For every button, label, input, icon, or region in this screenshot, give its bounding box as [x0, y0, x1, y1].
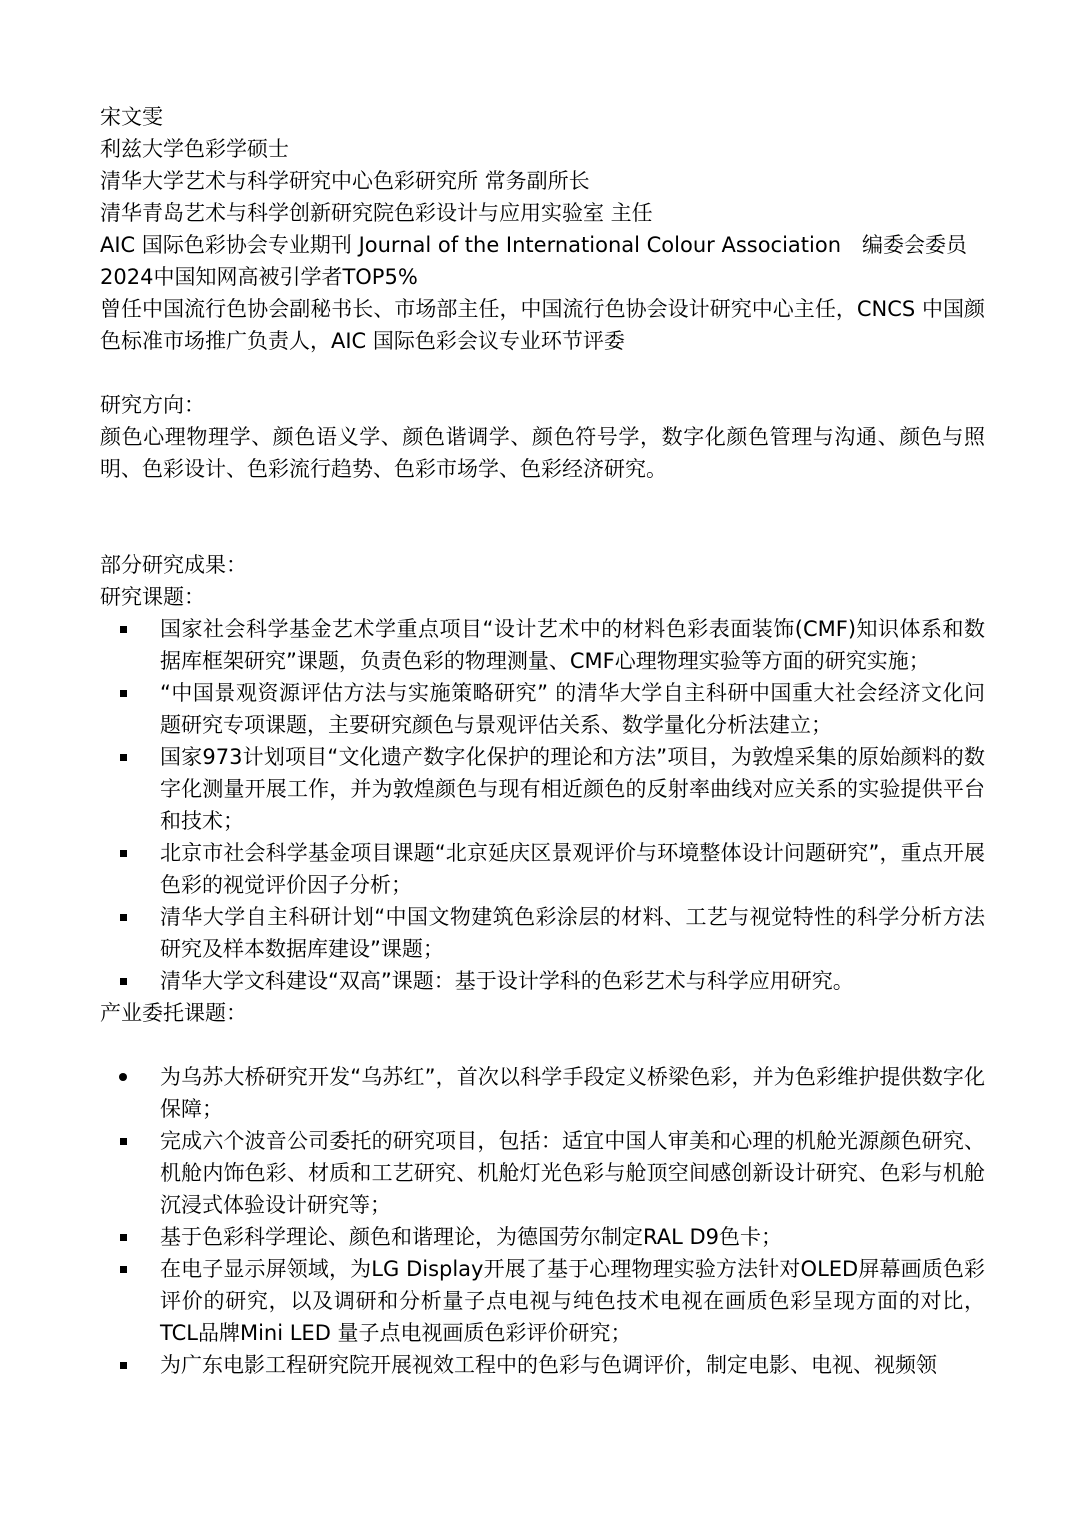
degree-line: 利兹大学色彩学硕士	[100, 133, 985, 165]
title-line-1: 清华大学艺术与科学研究中心色彩研究所 常务副所长	[100, 165, 985, 197]
person-name: 宋文雯	[100, 101, 985, 133]
list-item: 北京市社会科学基金项目课题“北京延庆区景观评价与环境整体设计问题研究”，重点开展…	[100, 837, 985, 901]
list-item: 为乌苏大桥研究开发“乌苏红”，首次以科学手段定义桥梁色彩，并为色彩维护提供数字化…	[100, 1061, 985, 1125]
industry-topics-heading: 产业委托课题：	[100, 997, 985, 1029]
list-item: 国家社会科学基金艺术学重点项目“设计艺术中的材料色彩表面装饰(CMF)知识体系和…	[100, 613, 985, 677]
list-item: 清华大学文科建设“双高”课题：基于设计学科的色彩艺术与科学应用研究。	[100, 965, 985, 997]
list-item: 基于色彩科学理论、颜色和谐理论，为德国劳尔制定RAL D9色卡；	[100, 1221, 985, 1253]
industry-topics-list: 为乌苏大桥研究开发“乌苏红”，首次以科学手段定义桥梁色彩，并为色彩维护提供数字化…	[100, 1061, 985, 1381]
research-topics-list: 国家社会科学基金艺术学重点项目“设计艺术中的材料色彩表面装饰(CMF)知识体系和…	[100, 613, 985, 997]
list-item: 国家973计划项目“文化遗产数字化保护的理论和方法”项目，为敦煌采集的原始颜料的…	[100, 741, 985, 837]
list-item: 完成六个波音公司委托的研究项目，包括：适宜中国人审美和心理的机舱光源颜色研究、机…	[100, 1125, 985, 1221]
past-roles-paragraph: 曾任中国流行色协会副秘书长、市场部主任，中国流行色协会设计研究中心主任，CNCS…	[100, 293, 985, 357]
list-item: “中国景观资源评估方法与实施策略研究” 的清华大学自主科研中国重大社会经济文化问…	[100, 677, 985, 741]
award-line: 2024中国知网高被引学者TOP5%	[100, 261, 985, 293]
research-topics-heading: 研究课题：	[100, 581, 985, 613]
list-item: 在电子显示屏领域，为LG Display开展了基于心理物理实验方法针对OLED屏…	[100, 1253, 985, 1349]
list-item: 清华大学自主科研计划“中国文物建筑色彩涂层的材料、工艺与视觉特性的科学分析方法研…	[100, 901, 985, 965]
results-heading: 部分研究成果：	[100, 549, 985, 581]
document-page: 宋文雯 利兹大学色彩学硕士 清华大学艺术与科学研究中心色彩研究所 常务副所长 清…	[0, 0, 1071, 1516]
research-direction-body: 颜色心理物理学、颜色语义学、颜色谐调学、颜色符号学，数字化颜色管理与沟通、颜色与…	[100, 421, 985, 485]
list-item: 为广东电影工程研究院开展视效工程中的色彩与色调评价，制定电影、电视、视频领	[100, 1349, 985, 1381]
title-line-3: AIC 国际色彩协会专业期刊 Journal of the Internatio…	[100, 229, 985, 261]
title-line-2: 清华青岛艺术与科学创新研究院色彩设计与应用实验室 主任	[100, 197, 985, 229]
research-direction-heading: 研究方向：	[100, 389, 985, 421]
